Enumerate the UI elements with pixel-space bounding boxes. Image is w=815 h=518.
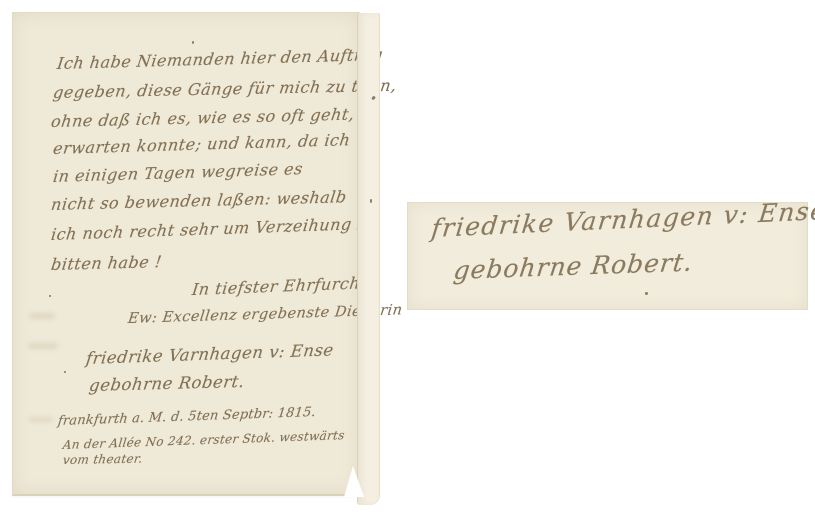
handwriting-line: ich noch recht sehr um Verzeihung zu (50, 214, 378, 244)
address-line: An der Allée No 242. erster Stok. westwä… (62, 428, 346, 452)
auction-lot-photo: Ich habe Niemanden hier den Auftrag gege… (0, 0, 815, 518)
closing-line: In tiefster Ehrfurcht (191, 273, 368, 299)
show-through-smudge (29, 417, 53, 422)
signature-line: friedrike Varnhagen v: Ense (430, 196, 815, 243)
signature-line: friedrike Varnhagen v: Ense (85, 340, 335, 368)
handwriting-line: in einigen Tagen wegreise es (52, 159, 304, 186)
ink-speck (64, 371, 66, 373)
handwriting-line: Ich habe Niemanden hier den Auftrag (56, 45, 384, 73)
handwriting-line: ohne daß ich es, wie es so oft geht, (50, 105, 356, 131)
signature-line: gebohrne Robert. (88, 372, 246, 395)
ink-speck (49, 295, 51, 297)
show-through-smudge (28, 343, 58, 349)
ink-speck (192, 41, 194, 44)
dateline: frankfurth a. M. d. 5ten Septbr: 1815. (57, 405, 317, 429)
page-fold-edge (357, 13, 380, 505)
show-through-smudge (29, 313, 55, 319)
handwriting-line: erwarten konnte; und kann, da ich (52, 130, 352, 158)
signature-line: gebohrne Robert. (452, 248, 695, 285)
handwriting-line: bitten habe ! (50, 252, 163, 274)
handwriting-line: nicht so bewenden laßen: weshalb (50, 187, 348, 214)
handwriting-line: gegeben, diese Gänge für mich zu thun, (52, 76, 398, 102)
letter-page: Ich habe Niemanden hier den Auftrag gege… (12, 12, 360, 496)
paper-notch (344, 466, 364, 497)
signature-detail-crop: friedrike Varnhagen v: Ense gebohrne Rob… (407, 202, 808, 310)
address-line: vom theater. (62, 452, 144, 467)
